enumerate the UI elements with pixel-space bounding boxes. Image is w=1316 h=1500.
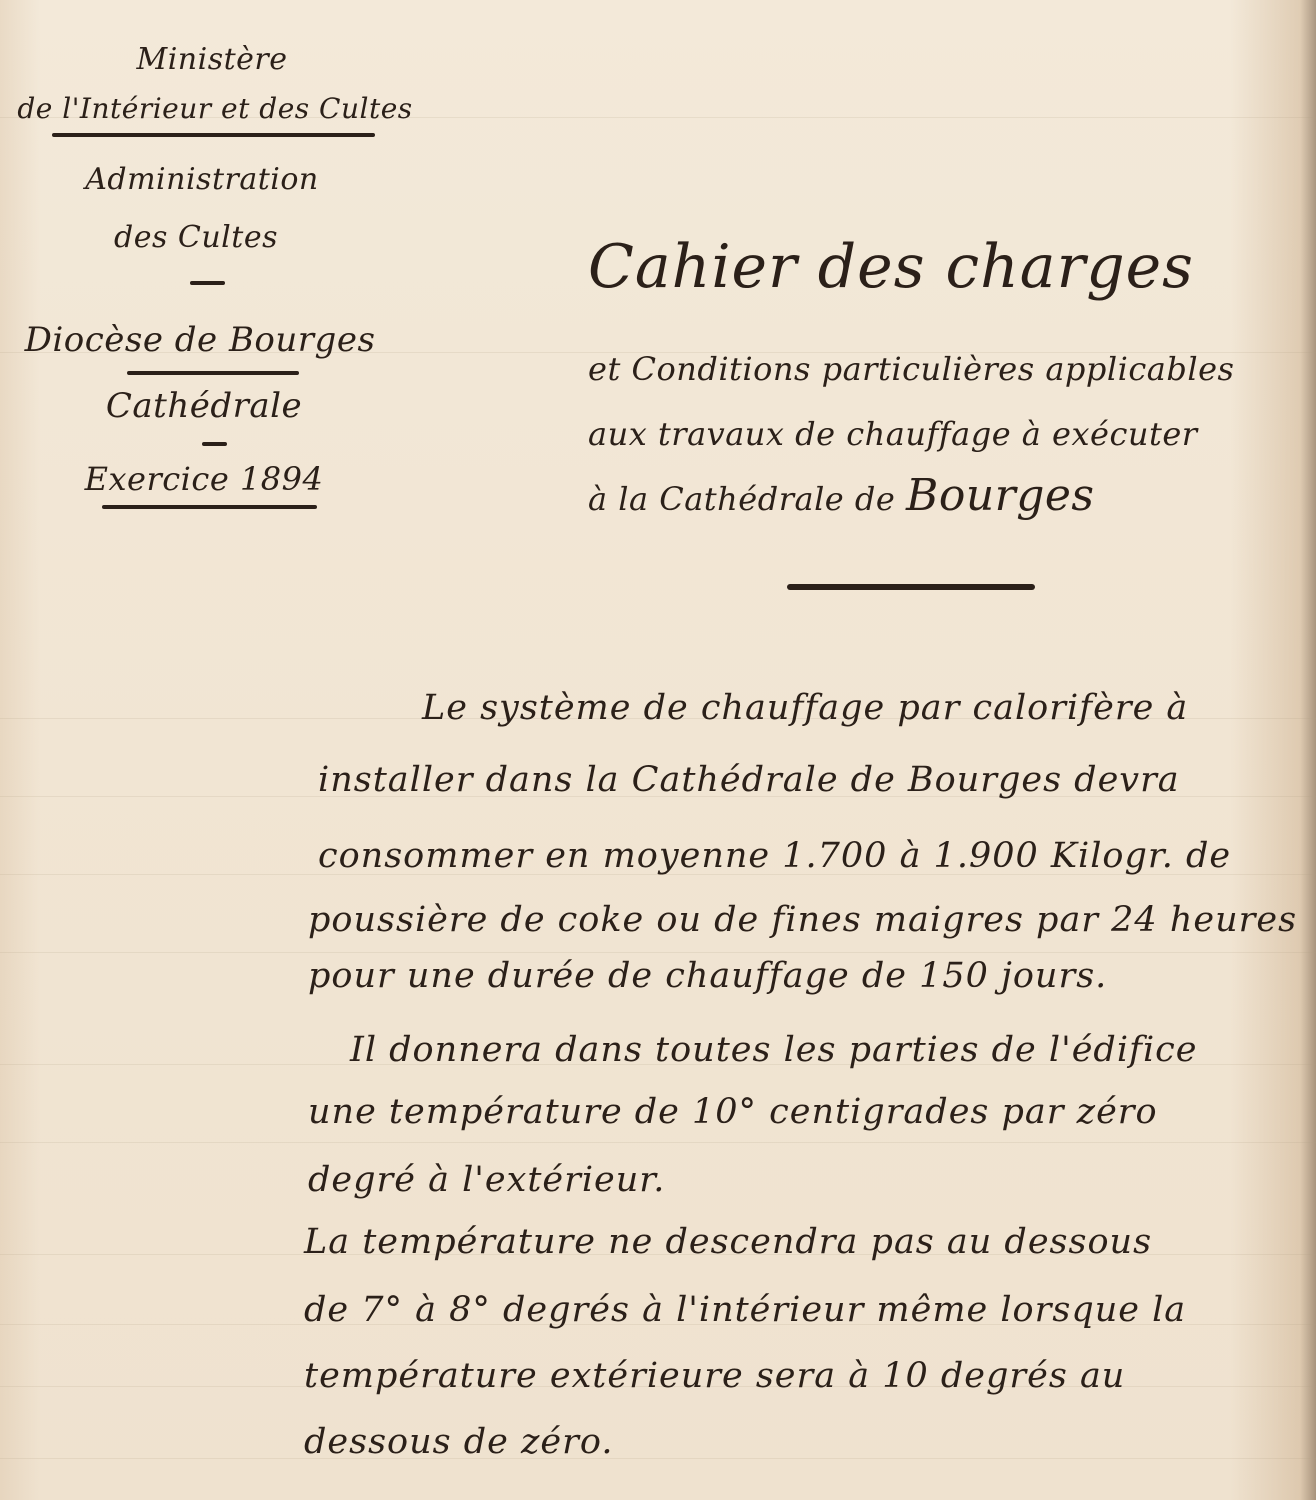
body-line: Il donnera dans toutes les parties de l'… <box>350 1030 1197 1070</box>
ruled-line <box>0 952 1316 953</box>
body-line: installer dans la Cathédrale de Bourges … <box>318 760 1180 800</box>
ministry-line2: de l'Intérieur et des Cultes <box>5 92 425 125</box>
title-separator-bar <box>787 584 1035 590</box>
subtitle-line3-prefix: à la Cathédrale de <box>588 480 906 518</box>
diocese-label: Diocèse de Bourges <box>0 320 410 360</box>
body-line: pour une durée de chauffage de 150 jours… <box>308 956 1107 996</box>
ministry-line1: Ministère <box>2 42 422 77</box>
body-line: poussière de coke ou de fines maigres pa… <box>308 900 1297 940</box>
document-title: Cahier des charges <box>588 232 1194 302</box>
separator-dash <box>190 281 225 285</box>
body-line: La température ne descendra pas au desso… <box>304 1222 1152 1262</box>
subtitle-line2: aux travaux de chauffage à exécuter <box>588 415 1198 453</box>
administration-line1: Administration <box>0 162 412 197</box>
exercise-label: Exercice 1894 <box>0 460 414 498</box>
subtitle-line3: à la Cathédrale de Bourges <box>588 470 1094 521</box>
body-line: une température de 10° centigrades par z… <box>308 1092 1158 1132</box>
subtitle-city: Bourges <box>906 470 1094 521</box>
cathedral-label: Cathédrale <box>0 386 414 426</box>
body-line: degré à l'extérieur. <box>308 1160 665 1200</box>
body-line: de 7° à 8° degrés à l'intérieur même lor… <box>304 1290 1186 1330</box>
ruled-line <box>0 1142 1316 1143</box>
body-line: température extérieure sera à 10 degrés … <box>304 1356 1125 1396</box>
body-line: consommer en moyenne 1.700 à 1.900 Kilog… <box>318 836 1231 876</box>
ministry-underline <box>52 133 375 137</box>
ruled-line <box>0 1458 1316 1459</box>
administration-line2: des Cultes <box>0 220 406 255</box>
body-line: Le système de chauffage par calorifère à <box>422 688 1188 728</box>
subtitle-line1: et Conditions particulières applicables <box>588 350 1234 388</box>
separator-dash <box>202 442 227 446</box>
document-page: Ministère de l'Intérieur et des Cultes A… <box>0 0 1316 1500</box>
exercise-underline <box>102 505 317 509</box>
diocese-underline <box>127 371 299 375</box>
body-line: dessous de zéro. <box>304 1422 613 1462</box>
